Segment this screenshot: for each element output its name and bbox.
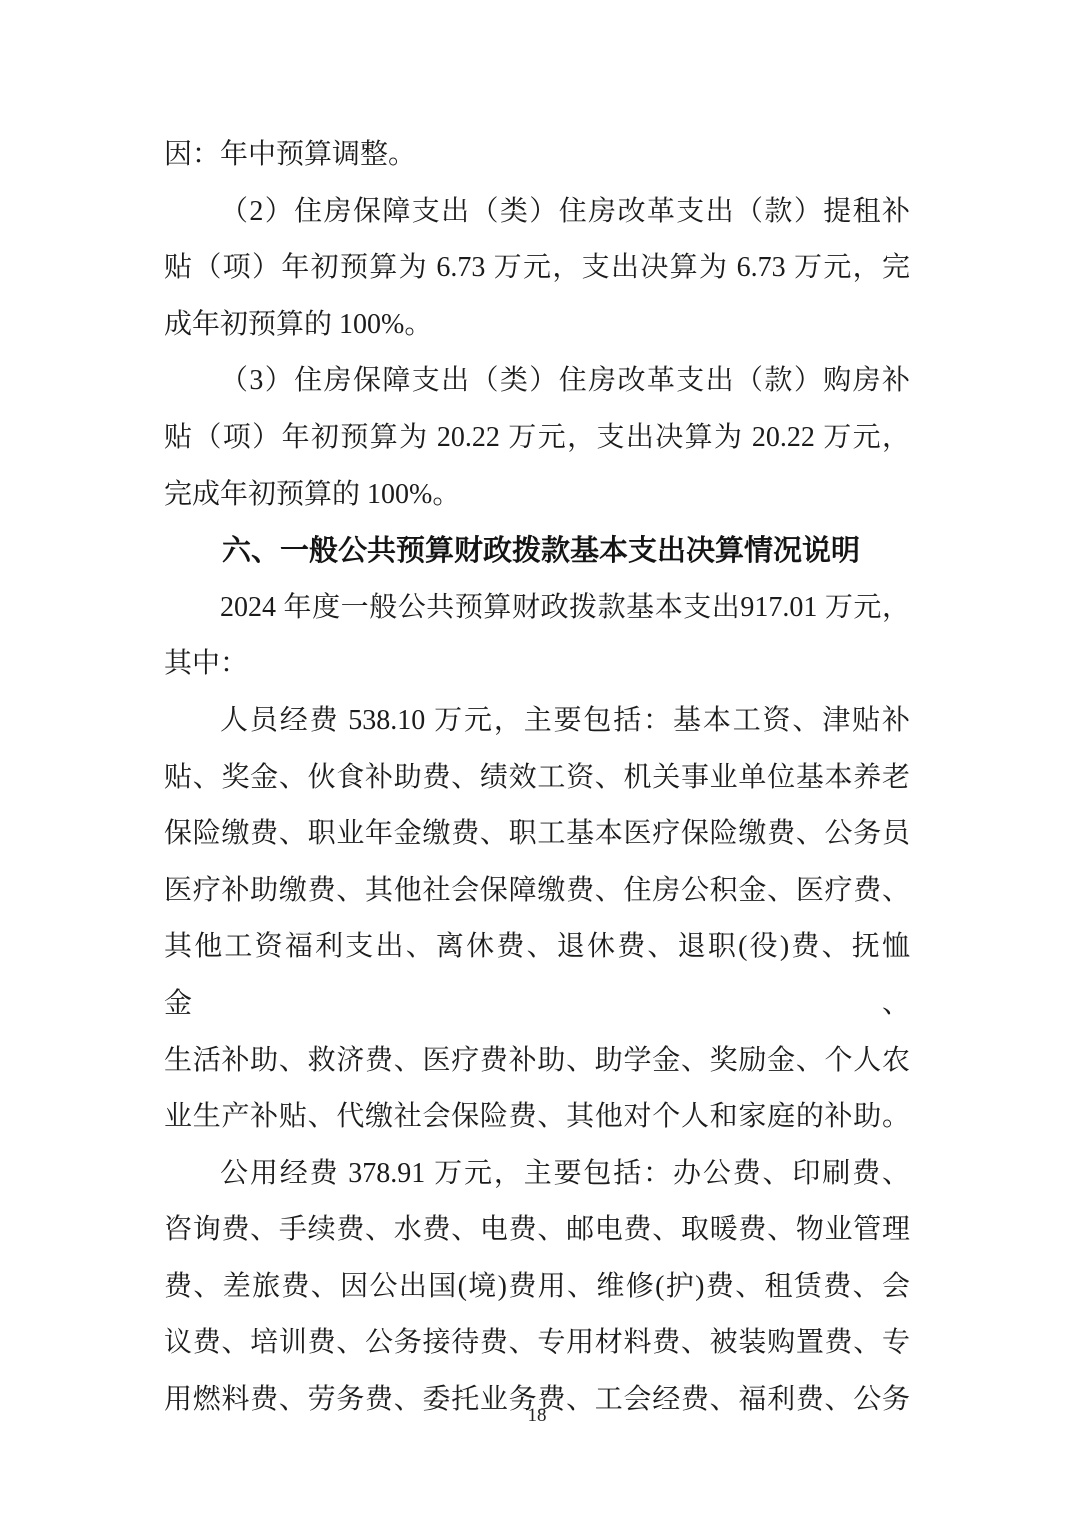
doc-line: 人员经费 538.10 万元，主要包括：基本工资、津贴补 (164, 693, 910, 750)
doc-line: 成年初预算的 100%。 (164, 297, 910, 354)
doc-line: 业生产补贴、代缴社会保险费、其他对个人和家庭的补助。 (164, 1089, 910, 1146)
text-block: 因：年中预算调整。 （2）住房保障支出（类）住房改革支出（款）提租补 贴（项）年… (164, 127, 910, 1429)
doc-line: 医疗补助缴费、其他社会保障缴费、住房公积金、医疗费、 (164, 863, 910, 920)
doc-line: 其他工资福利支出、离休费、退休费、退职(役)费、抚恤金、 (164, 919, 910, 1032)
doc-line: 咨询费、手续费、水费、电费、邮电费、取暖费、物业管理 (164, 1202, 910, 1259)
doc-line: 生活补助、救济费、医疗费补助、助学金、奖励金、个人农 (164, 1033, 910, 1090)
section-heading: 六、一般公共预算财政拨款基本支出决算情况说明 (164, 523, 910, 580)
doc-line: 贴、奖金、伙食补助费、绩效工资、机关事业单位基本养老 (164, 750, 910, 807)
doc-line: 费、差旅费、因公出国(境)费用、维修(护)费、租赁费、会 (164, 1259, 910, 1316)
document-page: 因：年中预算调整。 （2）住房保障支出（类）住房改革支出（款）提租补 贴（项）年… (0, 0, 1074, 1520)
page-number: 18 (0, 1404, 1074, 1428)
doc-line: 2024 年度一般公共预算财政拨款基本支出917.01 万元， (164, 580, 910, 637)
doc-line: 完成年初预算的 100%。 (164, 467, 910, 524)
doc-line: 贴（项）年初预算为 20.22 万元，支出决算为 20.22 万元， (164, 410, 910, 467)
doc-line: 贴（项）年初预算为 6.73 万元，支出决算为 6.73 万元，完 (164, 240, 910, 297)
doc-line: （2）住房保障支出（类）住房改革支出（款）提租补 (164, 184, 910, 241)
doc-line: 保险缴费、职业年金缴费、职工基本医疗保险缴费、公务员 (164, 806, 910, 863)
doc-line: 公用经费 378.91 万元，主要包括：办公费、印刷费、 (164, 1146, 910, 1203)
doc-line: 其中： (164, 636, 910, 693)
doc-line: （3）住房保障支出（类）住房改革支出（款）购房补 (164, 353, 910, 410)
doc-line: 因：年中预算调整。 (164, 127, 910, 184)
doc-line: 议费、培训费、公务接待费、专用材料费、被装购置费、专 (164, 1315, 910, 1372)
